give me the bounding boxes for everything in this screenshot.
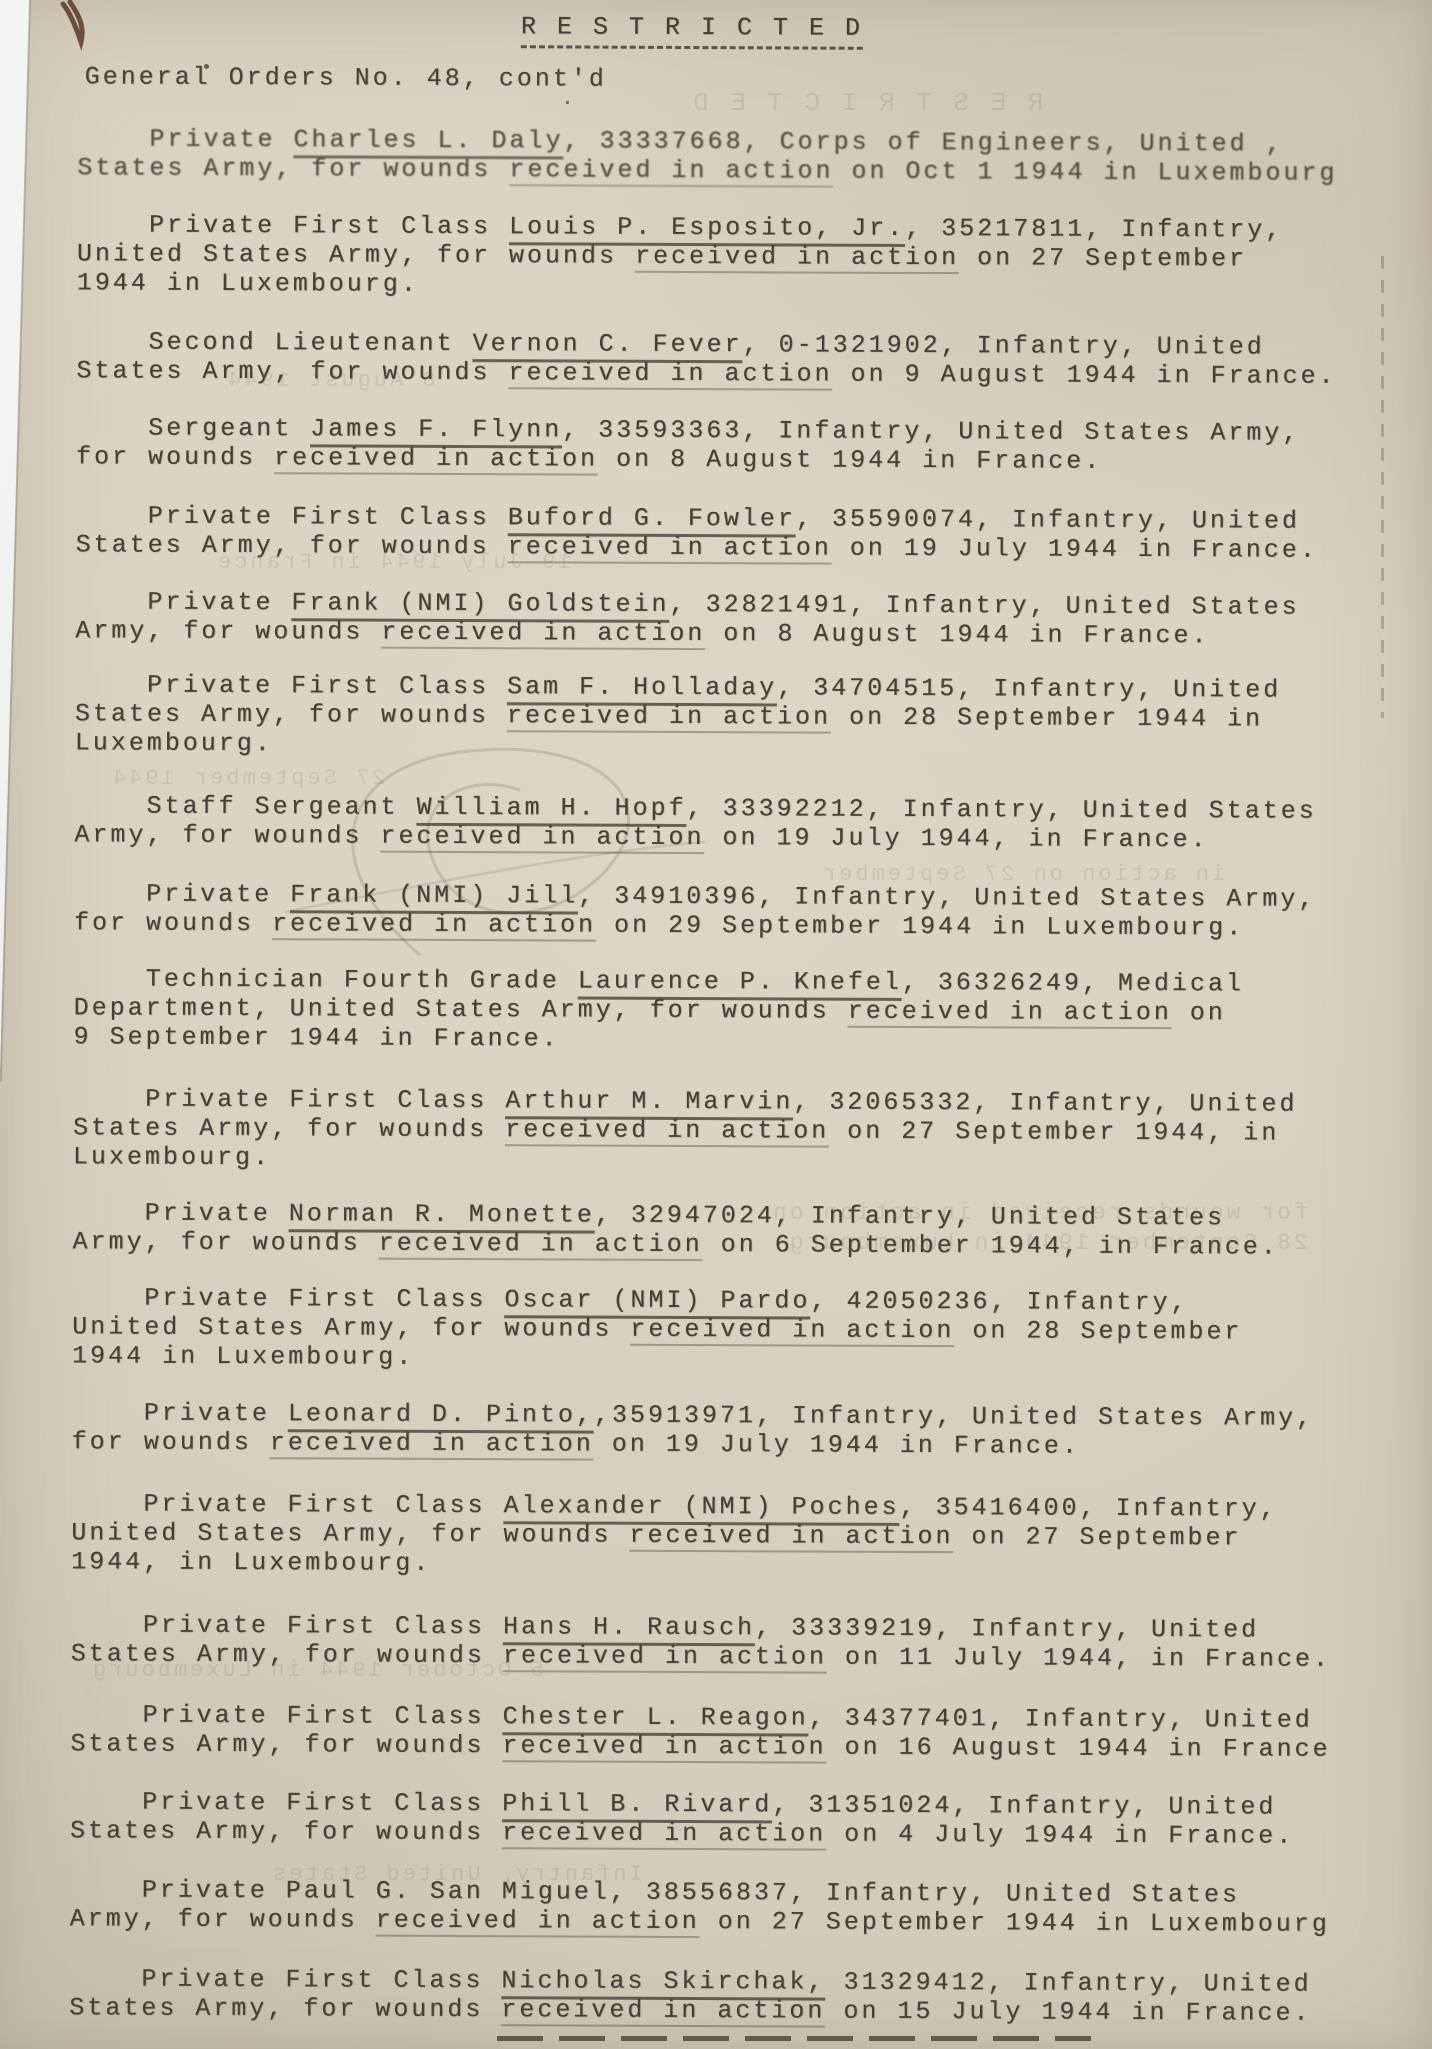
entry-phill-b-rivard: Private First Class Phill B. Rivard, 313… <box>70 1787 1406 1851</box>
ink-speck <box>566 101 569 104</box>
entry-phrase-underlined: received in action <box>274 443 598 475</box>
entry-james-f-flynn: Sergeant James F. Flynn, 33593363, Infan… <box>76 413 1412 477</box>
entry-rank: Private <box>146 880 290 910</box>
entry-rank: Private Paul G. San Miguel <box>142 1876 610 1907</box>
entry-tail: on Oct 1 1944 in Luxembourg <box>833 157 1337 188</box>
entry-rank: Staff Sergeant <box>146 792 416 822</box>
entry-phrase-underlined: received in action <box>380 822 704 854</box>
entry-phrase-underlined: received in action <box>379 1229 703 1261</box>
entry-vernon-c-fever: Second Lieutenant Vernon C. Fever, 0-132… <box>76 327 1412 391</box>
entry-tail: on 29 September 1944 in Luxembourg. <box>596 911 1244 943</box>
entry-tail: on 6 September 1944, in France. <box>703 1230 1279 1262</box>
entry-phrase-underlined: received in action <box>630 1315 954 1347</box>
entry-phrase-underlined: received in action <box>508 358 832 390</box>
entry-phrase-underlined: received in action <box>376 1906 700 1938</box>
entry-phrase-underlined: received in action <box>505 1115 829 1147</box>
entry-tail: on 19 July 1944 in France. <box>594 1430 1080 1461</box>
general-orders-header: General Orders No. 48, cont'd <box>85 62 607 93</box>
entry-phrase-underlined: received in action <box>508 532 832 564</box>
entry-tail: on 19 July 1944, in France. <box>704 823 1208 854</box>
entry-tail: on 19 July 1944 in France. <box>832 534 1318 565</box>
entry-rank: Private First Class <box>145 1085 505 1116</box>
ink-speck <box>204 64 209 69</box>
classification-banner: R E S T R I C T E D <box>521 12 863 49</box>
entry-rank: Private First Class <box>147 671 507 702</box>
entry-frank-jill: Private Frank (NMI) Jill, 34910396, Infa… <box>74 879 1410 943</box>
entry-rank: Private First Class <box>148 502 508 533</box>
entry-tail: on 8 August 1944 in France. <box>705 619 1209 650</box>
typewritten-content: R E S T R I C T E D General Orders No. 4… <box>0 0 1432 2049</box>
entry-phrase-underlined: received in action <box>381 618 705 650</box>
entry-louis-p-esposito: Private First Class Louis P. Esposito, J… <box>77 210 1413 303</box>
entry-phrase-underlined: received in action <box>635 242 959 274</box>
entry-buford-g-fowler: Private First Class Buford G. Fowler, 35… <box>76 501 1412 565</box>
entry-tail: on 11 July 1944, in France. <box>827 1643 1331 1674</box>
entry-chester-l-reagon: Private First Class Chester L. Reagon, 3… <box>70 1700 1406 1764</box>
entry-phrase-underlined: received in action <box>270 1428 594 1460</box>
entry-tail: on 8 August 1944 in France. <box>598 445 1102 476</box>
entry-sam-f-holladay: Private First Class Sam F. Holladay, 347… <box>75 670 1411 763</box>
entry-tail: on 16 August 1944 in France <box>826 1733 1330 1764</box>
entry-nicholas-skirchak: Private First Class Nicholas Skirchak, 3… <box>69 1964 1405 2028</box>
entry-phrase-underlined: received in action <box>629 1521 953 1553</box>
entry-phrase-underlined: received in action <box>848 997 1172 1029</box>
entry-rank: Private First Class <box>149 211 509 242</box>
entry-arthur-m-marvin: Private First Class Arthur M. Marvin, 32… <box>73 1084 1409 1177</box>
fold-crease-dashes <box>1381 256 1384 718</box>
cut-off-underline-dashes <box>497 2036 1091 2041</box>
entry-frank-goldstein: Private Frank (NMI) Goldstein, 32821491,… <box>75 587 1411 651</box>
entry-william-h-hopf: Staff Sergeant William H. Hopf, 33392212… <box>74 791 1410 855</box>
entry-rank: Private First Class <box>143 1490 503 1521</box>
entry-alexander-poches: Private First Class Alexander (NMI) Poch… <box>71 1489 1407 1582</box>
entry-rank: Private First Class <box>142 1788 502 1819</box>
entry-rank: Private <box>149 125 293 155</box>
entry-tail: on 9 August 1944 in France. <box>832 360 1336 391</box>
entry-rank: Private <box>147 588 291 618</box>
entry-phrase-underlined: received in action <box>507 701 831 733</box>
entry-rank: Private First Class <box>142 1701 502 1732</box>
entry-charles-l-daly: Private Charles L. Daly, 33337668, Corps… <box>77 124 1413 188</box>
entry-hans-h-rausch: Private First Class Hans H. Rausch, 3333… <box>71 1610 1407 1674</box>
entry-paul-g-san-miguel: Private Paul G. San Miguel, 38556837, In… <box>70 1875 1406 1939</box>
entry-tail: on 15 July 1944 in France. <box>825 1997 1311 2028</box>
entry-phrase-underlined: received in action <box>272 909 596 941</box>
entry-rank: Private First Class <box>141 1965 501 1996</box>
entry-phrase-underlined: received in action <box>509 155 833 187</box>
entry-rank: Technician Fourth Grade <box>146 965 578 996</box>
entry-rank: Private <box>145 1199 289 1229</box>
entry-leonard-d-pinto: Private Leonard D. Pinto,,35913971, Infa… <box>72 1398 1408 1462</box>
entry-phrase-underlined: received in action <box>502 1731 826 1763</box>
entry-phrase-underlined: received in action <box>503 1641 827 1673</box>
entry-rank: Private First Class <box>144 1284 504 1315</box>
entry-rank: Second Lieutenant <box>148 328 472 358</box>
entry-laurence-p-knefel: Technician Fourth Grade Laurence P. Knef… <box>73 964 1409 1057</box>
entry-rank: Private <box>144 1399 288 1429</box>
entry-phrase-underlined: received in action <box>501 1995 825 2027</box>
entry-phrase-underlined: received in action <box>502 1818 826 1850</box>
entry-rank: Sergeant <box>148 414 310 444</box>
entry-oscar-pardo: Private First Class Oscar (NMI) Pardo, 4… <box>72 1283 1408 1376</box>
entry-norman-r-monette: Private Norman R. Monette, 32947024, Inf… <box>73 1198 1409 1262</box>
entry-tail: on 4 July 1944 in France. <box>826 1820 1294 1851</box>
entry-rank: Private First Class <box>143 1611 503 1642</box>
entry-tail: on 27 September 1944 in Luxembourg <box>700 1907 1330 1939</box>
